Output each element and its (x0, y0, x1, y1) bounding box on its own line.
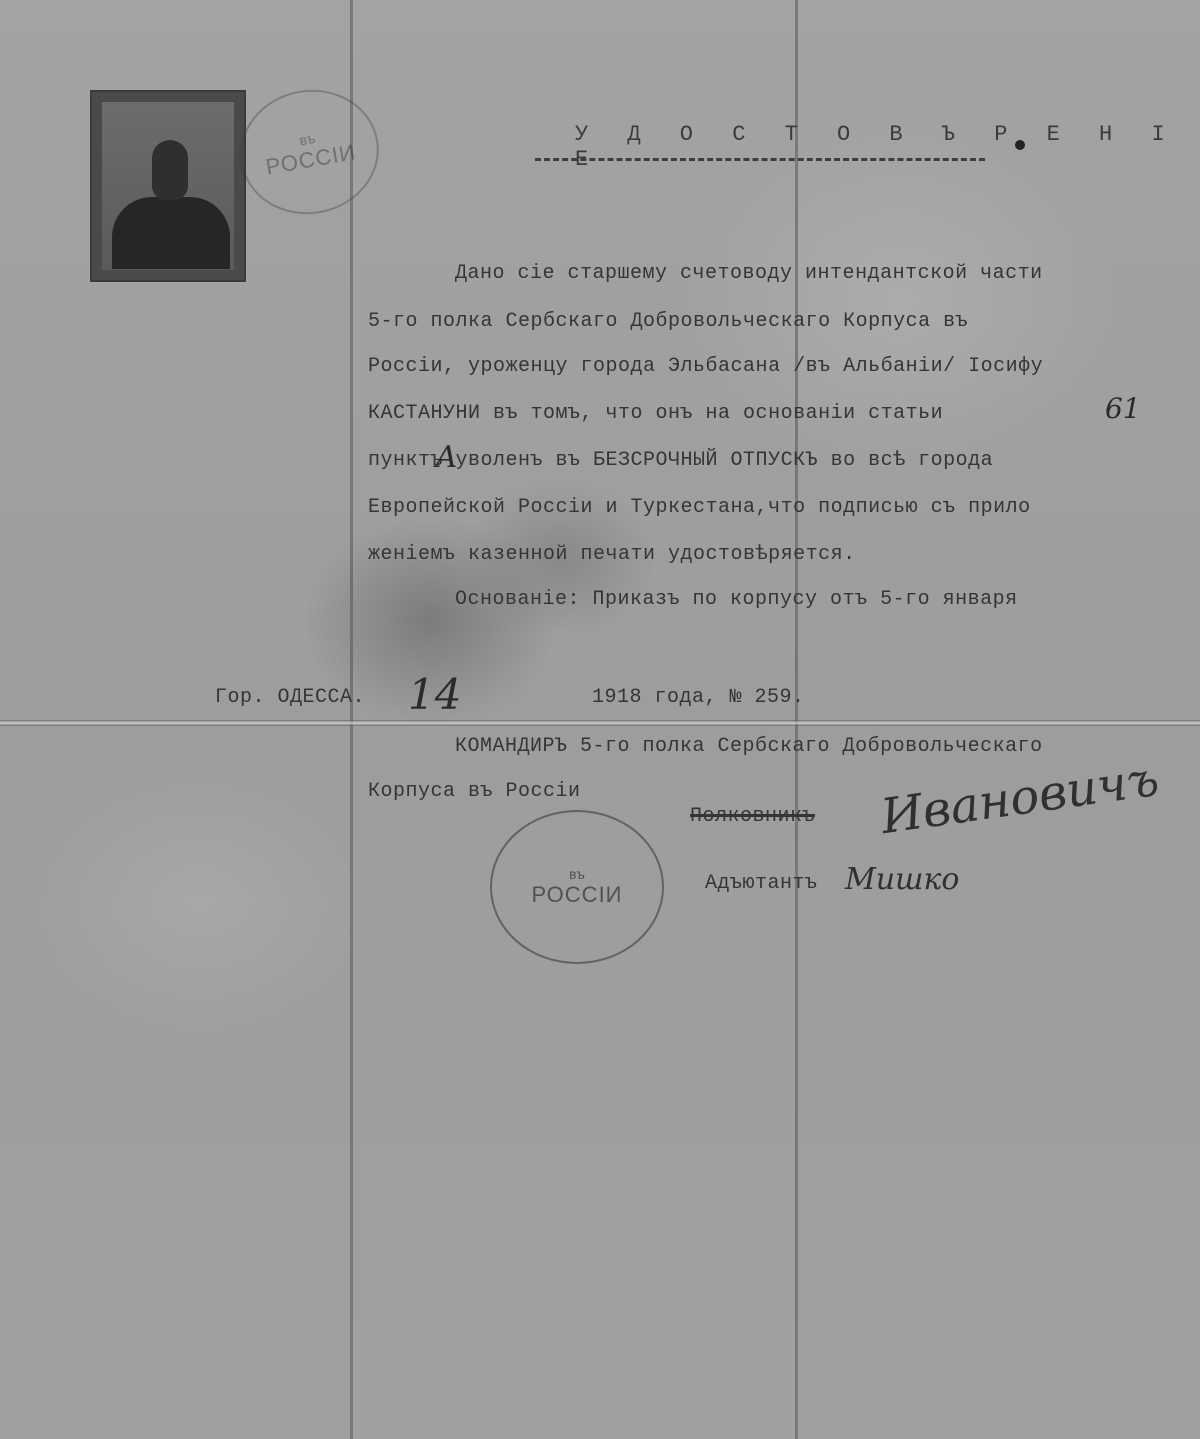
body-line: Россіи, уроженцу города Эльбасана /въ Ал… (368, 355, 1043, 378)
body-line: Основаніе: Приказъ по корпусу отъ 5-го я… (455, 588, 1018, 611)
body-line: Европейской Россіи и Туркестана,что подп… (368, 496, 1031, 519)
adjutant-label: Адъютантъ (705, 872, 818, 895)
stamp-text: РОССІИ (531, 882, 622, 908)
handwritten-day: 14 (408, 670, 461, 719)
handwritten-article-number: 61 (1105, 392, 1141, 425)
handwritten-point: А (435, 440, 458, 475)
stamp-text: въ (569, 866, 585, 882)
signatory-line: Корпуса въ Россіи (368, 780, 581, 803)
body-line: 5-го полка Сербскаго Добровольческаго Ко… (368, 310, 968, 333)
struck-rank: Полковникъ (690, 805, 815, 828)
photo-background (102, 102, 234, 270)
seal-stamp-bottom: въ РОССІИ (490, 810, 664, 964)
body-line: пунктъ уволенъ въ БЕЗСРОЧНЫЙ ОТПУСКЪ во … (368, 449, 993, 472)
title-underline (535, 158, 985, 161)
photo-figure-torso (112, 197, 230, 269)
adjutant-signature: Мишко (845, 862, 959, 897)
body-line: КАСТАНУНИ въ томъ, что онъ на основаніи … (368, 402, 943, 425)
signatory-line: КОМАНДИРЪ 5-го полка Сербскаго Доброволь… (455, 735, 1043, 758)
place-city: Гор. ОДЕССА. (215, 686, 365, 709)
fold-line-horizontal (0, 720, 1200, 726)
portrait-photo (90, 90, 246, 282)
ink-blot (1015, 140, 1025, 150)
place-year-number: 1918 года, № 259. (592, 686, 805, 709)
document-title: У Д О С Т О В Ъ Р Е Н І Е (575, 122, 1200, 172)
photo-figure-head (152, 140, 188, 200)
body-line: женіемъ казенной печати удостовѣряется. (368, 543, 856, 566)
body-line: Дано сіе старшему счетоводу интендантско… (455, 262, 1043, 285)
